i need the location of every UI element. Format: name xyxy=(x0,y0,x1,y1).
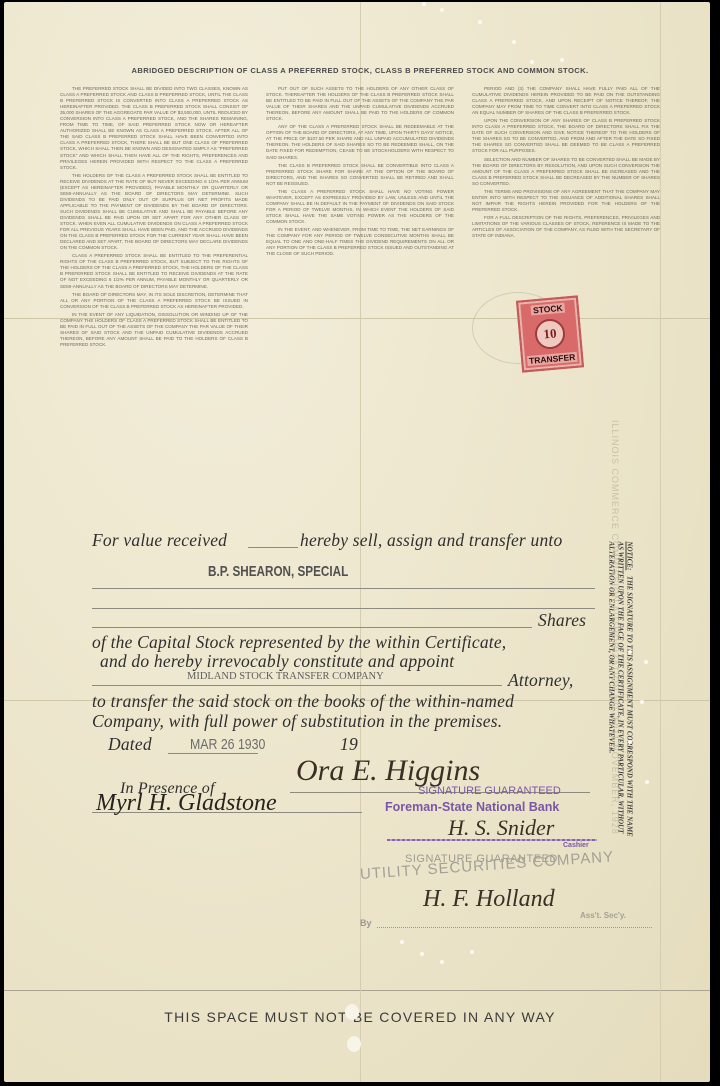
stamp-value: 10 xyxy=(534,318,567,351)
year-prefix: 19 xyxy=(340,734,358,755)
paragraph: In the event of any liquidation, dissolu… xyxy=(60,312,248,348)
date-line xyxy=(168,753,258,754)
paragraph: In the event, and whenever, from time to… xyxy=(266,227,454,257)
blank-line xyxy=(92,608,595,609)
paragraph: Class A preferred stock shall be entitle… xyxy=(60,253,248,289)
attorney-label: Attorney, xyxy=(508,670,573,691)
blank-line xyxy=(248,547,298,548)
paragraph: Any of the Class A preferred stock shall… xyxy=(266,124,454,160)
perforation xyxy=(478,20,482,24)
paragraph: Upon the conversion of any shares of Cla… xyxy=(472,118,660,154)
stock-transfer-revenue-stamp: STOCK 10 TRANSFER xyxy=(516,295,584,372)
capital-stock-text: of the Capital Stock represented by the … xyxy=(92,632,506,653)
perforation xyxy=(644,660,648,664)
stamp-bottom-label: TRANSFER xyxy=(527,352,578,366)
dated-label: Dated xyxy=(108,734,152,755)
paragraph: Selection and number of shares to be con… xyxy=(472,157,660,187)
perforation xyxy=(560,58,564,62)
punch-hole xyxy=(345,1004,359,1020)
by-label: By xyxy=(360,918,372,928)
bank-name: Foreman-State National Bank xyxy=(385,800,559,814)
paragraph: The holders of the Class A preferred sto… xyxy=(60,173,248,252)
notice-title: Notice: xyxy=(626,542,634,571)
witness-signature: Myrl H. Gladstone xyxy=(96,790,277,817)
fold-line xyxy=(4,990,710,991)
sell-assign-label: hereby sell, assign and transfer unto xyxy=(300,530,562,551)
perforation xyxy=(530,60,534,64)
by-signature-line xyxy=(377,927,652,929)
bank-signature-line xyxy=(387,839,597,841)
transfer-text: to transfer the said stock on the books … xyxy=(92,691,514,712)
paragraph: The Class A preferred stock shall have n… xyxy=(266,189,454,225)
description-column-1: The preferred stock shall be divided int… xyxy=(60,86,248,518)
cashier-label: Cashier xyxy=(563,842,589,849)
perforation xyxy=(628,740,632,744)
footer-notice: THIS SPACE MUST NOT BE COVERED IN ANY WA… xyxy=(0,1009,720,1025)
notice-block: Notice: The signature to this assignment… xyxy=(600,548,640,848)
paragraph: Period and (3) the company shall have fu… xyxy=(472,86,660,116)
owner-signature: Ora E. Higgins xyxy=(296,754,480,788)
bank-guarantee-title: SIGNATURE GUARANTEED xyxy=(418,785,561,797)
assignee-name: B.P. SHEARON, SPECIAL xyxy=(208,563,348,580)
shares-line xyxy=(92,627,532,628)
asst-secretary-signature: H. F. Holland xyxy=(423,886,555,913)
paragraph: Put out of such assets to the holders of… xyxy=(266,86,454,122)
punch-hole xyxy=(347,1036,361,1052)
paragraph: The Board of Directors may, in its sole … xyxy=(60,292,248,310)
paragraph: For a full description of the rights, pr… xyxy=(472,215,660,239)
perforation xyxy=(512,40,516,44)
perforation xyxy=(628,650,632,654)
description-column-2: Put out of such assets to the holders of… xyxy=(266,86,454,518)
perforation xyxy=(420,952,424,956)
fold-line xyxy=(660,2,661,1082)
date-stamp: MAR 26 1930 xyxy=(190,737,265,753)
description-heading: ABRIDGED DESCRIPTION OF CLASS A PREFERRE… xyxy=(100,66,620,75)
shares-label: Shares xyxy=(538,610,586,631)
perforation xyxy=(440,960,444,964)
perforation xyxy=(400,940,404,944)
perforation xyxy=(640,700,644,704)
attorney-line xyxy=(92,685,502,686)
substitution-text: Company, with full power of substitution… xyxy=(92,711,502,732)
perforation xyxy=(440,8,444,12)
stamp-top-label: STOCK xyxy=(531,303,565,316)
perforation xyxy=(645,780,649,784)
for-value-received-label: For value received xyxy=(92,530,227,551)
appoint-text: and do hereby irrevocably constitute and… xyxy=(100,651,454,672)
perforation xyxy=(422,2,426,6)
paragraph: The terms and provisions of any agreemen… xyxy=(472,189,660,213)
paragraph: The preferred stock shall be divided int… xyxy=(60,86,248,171)
attorney-name: MIDLAND STOCK TRANSFER COMPANY xyxy=(187,671,384,682)
asst-secretary-label: Ass't. Sec'y. xyxy=(580,911,626,920)
cashier-signature: H. S. Snider xyxy=(448,815,554,841)
assignee-line xyxy=(92,588,595,589)
paragraph: The Class B preferred stock shall be con… xyxy=(266,163,454,187)
perforation xyxy=(470,950,474,954)
authorization-side-mark: ILLINOIS COMMERCE COMMISSION AUTHORIZATI… xyxy=(610,420,620,620)
